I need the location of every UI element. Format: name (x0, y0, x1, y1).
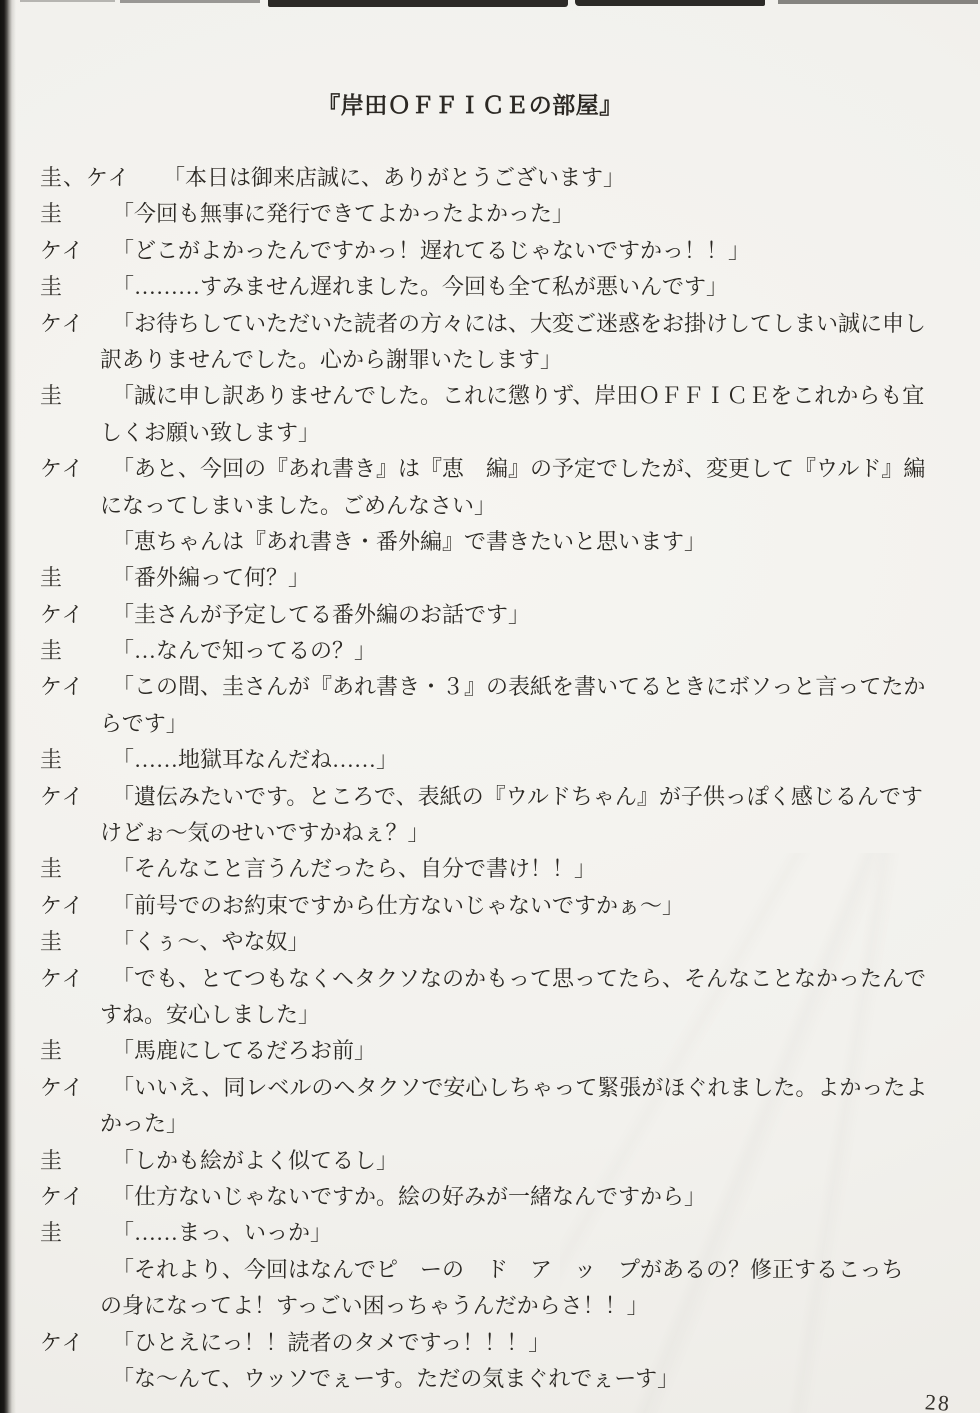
speaker-label: ケイ (40, 306, 84, 342)
scan-artifact-segment (268, 0, 568, 7)
dialogue-text: 「それより、今回はなんでピ ーの ド ア ッ プがあるの？修正するこっち (100, 1252, 980, 1288)
dialogue-row: 圭 「くぅ～、やな奴」 (0, 924, 980, 960)
dialogue-row: の身になってよ！すっごい困っちゃうんだからさ！！」 (0, 1288, 980, 1324)
scan-artifact-segment (778, 0, 978, 4)
dialogue-text: 「………すみません遅れました。今回も全て私が悪いんです」 (100, 269, 980, 305)
dialogue-text: けどぉ～気のせいですかねぇ？」 (100, 815, 980, 851)
dialogue-text: 「しかも絵がよく似てるし」 (100, 1143, 980, 1179)
dialogue-row: ケイ 「どこがよかったんですかっ！遅れてるじゃないですかっ！！」 (0, 233, 980, 269)
dialogue-row: 圭 「そんなこと言うんだったら、自分で書け！！」 (0, 851, 980, 887)
dialogue-text: 「番外編って何？」 (100, 560, 980, 596)
dialogue-text: 「お待ちしていただいた読者の方々には、大変ご迷惑をお掛けしてしまい誠に申し (100, 306, 980, 342)
dialogue-row: 圭、ケイ 「本日は御来店誠に、ありがとうございます」 (0, 160, 980, 196)
scan-top-artifact (0, 0, 980, 12)
dialogue-row: しくお願い致します」 (0, 415, 980, 451)
dialogue-text: 「今回も無事に発行できてよかったよかった」 (100, 196, 980, 232)
speaker-label: 圭 (40, 1143, 63, 1179)
dialogue-text: 「……地獄耳なんだね……」 (100, 742, 980, 778)
speaker-label: 圭 (40, 269, 63, 305)
dialogue-text: かった」 (100, 1106, 980, 1142)
speaker-label: 圭 (40, 851, 63, 887)
scan-artifact-segment (20, 0, 115, 2)
dialogue-text: 「な～んて、ウッソでぇーす。ただの気まぐれでぇーす」 (100, 1361, 980, 1397)
speaker-label: 圭 (40, 1215, 63, 1251)
speaker-label: ケイ (40, 669, 84, 705)
dialogue-text: 「いいえ、同レベルのヘタクソで安心しちゃって緊張がほぐれました。よかったよ (100, 1070, 980, 1106)
dialogue-row: 「恵ちゃんは『あれ書き・番外編』で書きたいと思います」 (0, 524, 980, 560)
dialogue-row: かった」 (0, 1106, 980, 1142)
dialogue-row: 圭 「誠に申し訳ありませんでした。これに懲りず、岸田ＯＦＦＩＣＥをこれからも宜 (0, 378, 980, 414)
speaker-label: ケイ (40, 1070, 84, 1106)
scanned-page: 『岸田ＯＦＦＩＣＥの部屋』 圭、ケイ 「本日は御来店誠に、ありがとうございます」… (0, 0, 980, 1413)
dialogue-text: 「馬鹿にしてるだろお前」 (100, 1033, 980, 1069)
dialogue-row: になってしまいました。ごめんなさい」 (0, 488, 980, 524)
scan-artifact-segment (575, 0, 765, 6)
dialogue-row: 圭 「しかも絵がよく似てるし」 (0, 1143, 980, 1179)
dialogue-text: 「…なんで知ってるの？」 (100, 633, 980, 669)
dialogue-text: 「誠に申し訳ありませんでした。これに懲りず、岸田ＯＦＦＩＣＥをこれからも宜 (100, 378, 980, 414)
dialogue-row: けどぉ～気のせいですかねぇ？」 (0, 815, 980, 851)
dialogue-row: 圭 「………すみません遅れました。今回も全て私が悪いんです」 (0, 269, 980, 305)
dialogue-text: らです」 (100, 706, 980, 742)
speaker-label: ケイ (40, 888, 84, 924)
dialogue-row: ケイ 「ひとえにっ！！読者のタメですっ！！！」 (0, 1325, 980, 1361)
dialogue-text: 「……まっ、いっか」 (100, 1215, 980, 1251)
speaker-label: ケイ (40, 451, 84, 487)
dialogue-row: ケイ 「でも、とてつもなくヘタクソなのかもって思ってたら、そんなことなかったんで (0, 961, 980, 997)
speaker-label: 圭 (40, 1033, 63, 1069)
dialogue-row: 圭 「番外編って何？」 (0, 560, 980, 596)
dialogue-row: ケイ 「お待ちしていただいた読者の方々には、大変ご迷惑をお掛けしてしまい誠に申し (0, 306, 980, 342)
page-number: 28 (924, 1389, 952, 1413)
speaker-label: 圭 (40, 742, 63, 778)
page-title: 『岸田ＯＦＦＩＣＥの部屋』 (0, 91, 940, 121)
scan-artifact-segment (120, 0, 260, 3)
speaker-label: ケイ (40, 779, 84, 815)
dialogue-text: の身になってよ！すっごい困っちゃうんだからさ！！」 (100, 1288, 980, 1324)
dialogue-row: ケイ 「仕方ないじゃないですか。絵の好みが一緒なんですから」 (0, 1179, 980, 1215)
dialogue-text: すね。安心しました」 (100, 997, 980, 1033)
dialogue-text: 「ひとえにっ！！読者のタメですっ！！！」 (100, 1325, 980, 1361)
dialogue-text: 「本日は御来店誠に、ありがとうございます」 (100, 160, 980, 196)
speaker-label: ケイ (40, 961, 84, 997)
dialogue-text: 「でも、とてつもなくヘタクソなのかもって思ってたら、そんなことなかったんで (100, 961, 980, 997)
dialogue-row: ケイ 「いいえ、同レベルのヘタクソで安心しちゃって緊張がほぐれました。よかったよ (0, 1070, 980, 1106)
dialogue-row: ケイ 「遺伝みたいです。ところで、表紙の『ウルドちゃん』が子供っぽく感じるんです (0, 779, 980, 815)
speaker-label: 圭 (40, 633, 63, 669)
speaker-label: ケイ (40, 1325, 84, 1361)
dialogue-text: 「前号でのお約束ですから仕方ないじゃないですかぁ～」 (100, 888, 980, 924)
dialogue-row: 圭 「今回も無事に発行できてよかったよかった」 (0, 196, 980, 232)
dialogue-row: 圭 「……まっ、いっか」 (0, 1215, 980, 1251)
dialogue-text: 訳ありませんでした。心から謝罪いたします」 (100, 342, 980, 378)
dialogue-list: 圭、ケイ 「本日は御来店誠に、ありがとうございます」 圭 「今回も無事に発行でき… (0, 160, 980, 1397)
dialogue-text: 「圭さんが予定してる番外編のお話です」 (100, 597, 980, 633)
speaker-label: ケイ (40, 233, 84, 269)
dialogue-text: しくお願い致します」 (100, 415, 980, 451)
speaker-label: 圭 (40, 196, 63, 232)
speaker-label: ケイ (40, 597, 84, 633)
speaker-label: ケイ (40, 1179, 84, 1215)
dialogue-text: 「くぅ～、やな奴」 (100, 924, 980, 960)
dialogue-row: 訳ありませんでした。心から謝罪いたします」 (0, 342, 980, 378)
dialogue-row: 圭 「馬鹿にしてるだろお前」 (0, 1033, 980, 1069)
speaker-label: 圭、ケイ (40, 160, 130, 196)
dialogue-row: 「それより、今回はなんでピ ーの ド ア ッ プがあるの？修正するこっち (0, 1252, 980, 1288)
dialogue-row: ケイ 「あと、今回の『あれ書き』は『恵 編』の予定でしたが、変更して『ウルド』編 (0, 451, 980, 487)
dialogue-text: 「仕方ないじゃないですか。絵の好みが一緒なんですから」 (100, 1179, 980, 1215)
speaker-label: 圭 (40, 378, 63, 414)
dialogue-row: ケイ 「前号でのお約束ですから仕方ないじゃないですかぁ～」 (0, 888, 980, 924)
speaker-label: 圭 (40, 560, 63, 596)
dialogue-text: になってしまいました。ごめんなさい」 (100, 488, 980, 524)
dialogue-row: 「な～んて、ウッソでぇーす。ただの気まぐれでぇーす」 (0, 1361, 980, 1397)
dialogue-row: らです」 (0, 706, 980, 742)
dialogue-text: 「そんなこと言うんだったら、自分で書け！！」 (100, 851, 980, 887)
dialogue-text: 「どこがよかったんですかっ！遅れてるじゃないですかっ！！」 (100, 233, 980, 269)
dialogue-text: 「この間、圭さんが『あれ書き・３』の表紙を書いてるときにボソっと言ってたか (100, 669, 980, 705)
dialogue-row: 圭 「……地獄耳なんだね……」 (0, 742, 980, 778)
speaker-label: 圭 (40, 924, 63, 960)
dialogue-text: 「あと、今回の『あれ書き』は『恵 編』の予定でしたが、変更して『ウルド』編 (100, 451, 980, 487)
dialogue-row: すね。安心しました」 (0, 997, 980, 1033)
dialogue-row: ケイ 「圭さんが予定してる番外編のお話です」 (0, 597, 980, 633)
dialogue-row: ケイ 「この間、圭さんが『あれ書き・３』の表紙を書いてるときにボソっと言ってたか (0, 669, 980, 705)
dialogue-text: 「恵ちゃんは『あれ書き・番外編』で書きたいと思います」 (100, 524, 980, 560)
dialogue-row: 圭 「…なんで知ってるの？」 (0, 633, 980, 669)
dialogue-text: 「遺伝みたいです。ところで、表紙の『ウルドちゃん』が子供っぽく感じるんです (100, 779, 980, 815)
